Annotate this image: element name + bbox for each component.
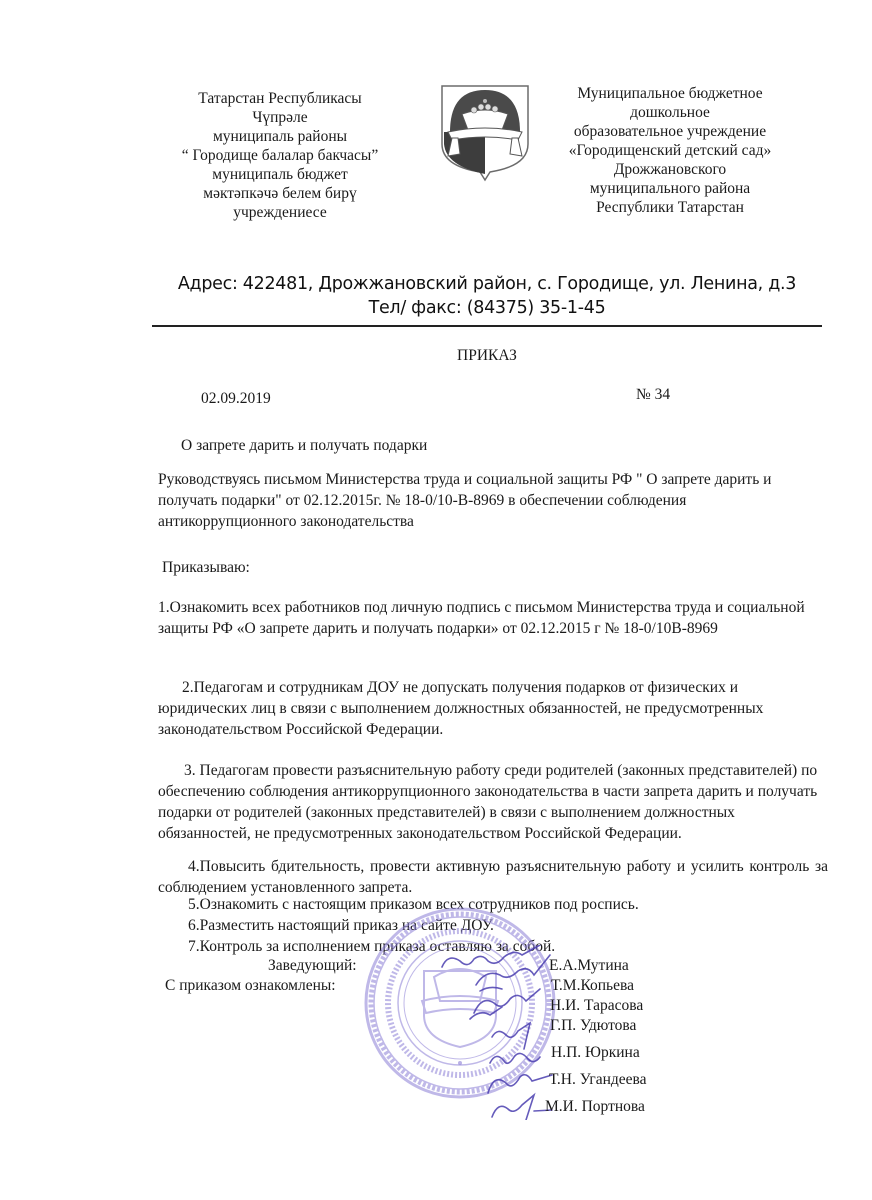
header-right-line: образовательное учреждение <box>540 122 800 141</box>
phone-fax-line: Тел/ факс: (84375) 35-1-45 <box>152 298 822 318</box>
handwritten-signatures-icon <box>430 945 560 1120</box>
header-right-line: Муниципальное бюджетное <box>540 84 800 103</box>
signatory-name: Н.П. Юркина <box>551 1044 640 1062</box>
header-left-line: “ Городище балалар бакчасы” <box>155 146 405 165</box>
document-subject: О запрете дарить и получать подарки <box>181 437 427 455</box>
header-left-line: Чүпрәле <box>155 108 405 127</box>
coat-of-arms-icon <box>438 82 532 182</box>
document-title: ПРИКАЗ <box>152 347 822 365</box>
head-label: Заведующий: <box>268 957 357 975</box>
signatory-name: Т.Н. Угандеева <box>549 1071 647 1089</box>
header-left-institution-tatar: Татарстан Республикасы Чүпрәле муниципал… <box>155 89 405 222</box>
acknowledged-label: С приказом ознакомлены: <box>165 977 336 995</box>
order-word: Приказываю: <box>162 557 250 578</box>
order-item-4: 4.Повысить бдительность, провести активн… <box>158 856 828 898</box>
preamble-paragraph: Руководствуясь письмом Министерства труд… <box>158 469 828 532</box>
signatory-name: Т.М.Копьева <box>551 977 634 995</box>
signatory-name: М.И. Портнова <box>545 1098 645 1116</box>
order-item-3: 3. Педагогам провести разъяснительную ра… <box>158 760 828 844</box>
order-item-1: 1.Ознакомить всех работников под личную … <box>158 597 828 639</box>
header-right-line: дошкольное <box>540 103 800 122</box>
signatory-name: Е.А.Мутина <box>549 957 629 975</box>
document-number: № 34 <box>636 386 670 404</box>
header-right-line: «Городищенский детский сад» <box>540 141 800 160</box>
header-right-line: Дрожжановского <box>540 160 800 179</box>
signatory-name: Г.П. Удютова <box>550 1017 636 1035</box>
header-left-line: муниципаль бюджет <box>155 165 405 184</box>
header-left-line: мәктәпкәчә белем бирү <box>155 184 405 203</box>
header-right-institution-russian: Муниципальное бюджетное дошкольное образ… <box>540 84 800 217</box>
order-item-2: 2.Педагогам и сотрудникам ДОУ не допуска… <box>158 677 828 740</box>
signatory-name: Н.И. Тарасова <box>550 997 643 1015</box>
header-right-line: Республики Татарстан <box>540 198 800 217</box>
header-left-line: учреждениесе <box>155 203 405 222</box>
document-date: 02.09.2019 <box>201 390 271 408</box>
header-divider <box>152 325 822 327</box>
header-left-line: муниципаль районы <box>155 127 405 146</box>
header-right-line: муниципального района <box>540 179 800 198</box>
address-line: Адрес: 422481, Дрожжановский район, с. Г… <box>152 274 822 294</box>
header-left-line: Татарстан Республикасы <box>155 89 405 108</box>
